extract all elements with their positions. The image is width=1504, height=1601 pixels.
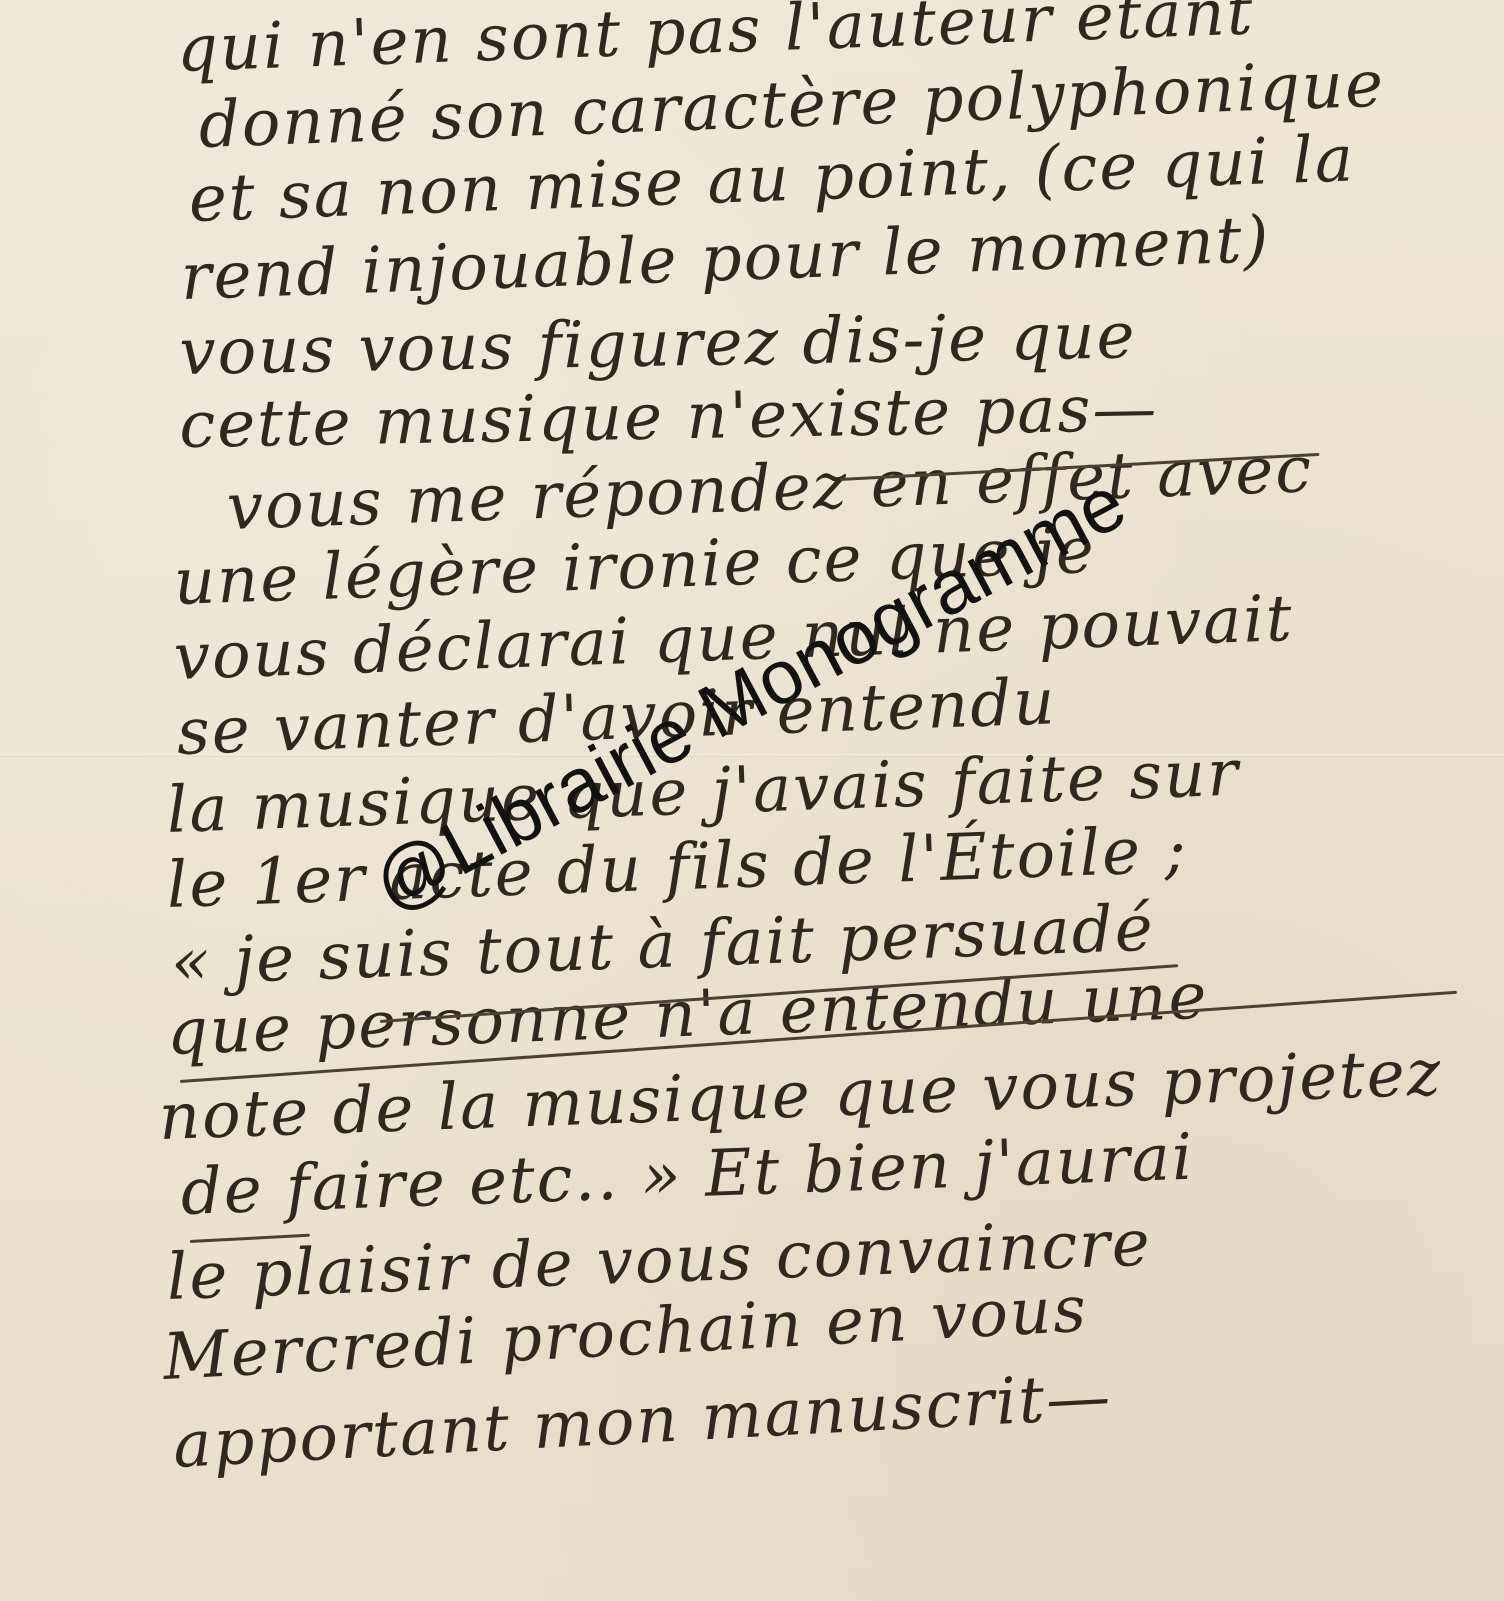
letter-page: qui n'en sont pas l'auteur étantdonné so… [0,0,1504,1601]
letter-line: vous vous figurez dis-je que [179,304,1137,385]
